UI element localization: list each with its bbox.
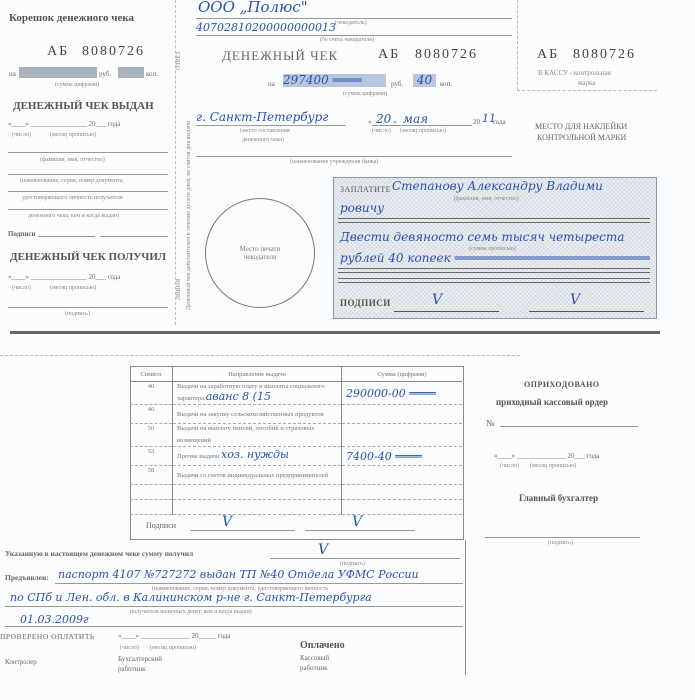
- stub-na-label: на: [9, 70, 16, 78]
- cheque-signature-mark-1: V: [432, 292, 442, 308]
- control-caption-2: марка: [578, 79, 595, 87]
- stub-doc-caption-3: денежного чека, кем и когда выдан): [28, 213, 119, 219]
- amount-rub-field[interactable]: 297400 ════: [283, 74, 386, 87]
- stub-received-signature-line[interactable]: [8, 307, 168, 308]
- payee-name-line-1[interactable]: Степанову Александру Владими: [392, 179, 603, 193]
- account-caption: (№ счета чекодателя): [320, 37, 374, 43]
- table-row: 58Выдачи со счетов индивидуальных предпр…: [130, 466, 462, 485]
- row-code: 53: [130, 447, 173, 466]
- accountant-label-2: работник: [118, 665, 146, 673]
- table-signature-mark-2: V: [352, 514, 362, 530]
- accountant-label-1: Бухгалтерский: [118, 655, 162, 663]
- sum-in-words-line-1[interactable]: Двести девяносто семь тысяч четыреста: [340, 230, 624, 244]
- table-row: [130, 485, 462, 500]
- presented-label: Предъявлен:: [5, 573, 49, 582]
- row-code: [130, 500, 173, 515]
- amount-kop-field[interactable]: 40: [413, 74, 436, 87]
- paid-title: Оплачено: [300, 640, 345, 651]
- table-row: [130, 500, 462, 515]
- table-row: 46Выдачи на закупку сельскохозяйственных…: [130, 405, 462, 424]
- place-of-issue[interactable]: г. Санкт-Петербург: [196, 110, 328, 124]
- stub-signature-line-1[interactable]: [38, 236, 95, 237]
- received-line-label: Указанную в настоящем денежном чеке сумм…: [5, 549, 193, 558]
- stub-number: 8080726: [82, 44, 145, 60]
- credited-title: ОПРИХОДОВАНО: [524, 380, 600, 389]
- stub-received-month-caption: (месяц прописью): [50, 285, 96, 291]
- cash-order-label: приходный кассовый ордер: [496, 397, 608, 407]
- front-back-divider: [10, 331, 660, 334]
- row-purpose[interactable]: Прочие выдачи хоз. нужды: [173, 447, 342, 466]
- row-amount[interactable]: [342, 466, 463, 485]
- stub-title: Корешок денежного чека: [9, 12, 134, 24]
- stub-issued-date[interactable]: «____» ________________ 20___ года: [8, 120, 120, 128]
- payee-box: ЗАПЛАТИТЕ Степанову Александру Владими (…: [333, 177, 657, 319]
- row-amount[interactable]: [342, 424, 463, 447]
- place-caption-2: денежного чека): [242, 137, 284, 143]
- table-row: 53Прочие выдачи хоз. нужды7400-40 ════: [130, 447, 462, 466]
- cheque-signature-line-2[interactable]: [529, 311, 644, 312]
- row-amount[interactable]: 7400-40 ════: [342, 447, 463, 466]
- row-purpose[interactable]: Выдачи со счетов индивидуальных предприн…: [173, 466, 342, 485]
- row-amount[interactable]: [342, 500, 463, 515]
- row-code: 40: [130, 382, 173, 405]
- stub-received-date[interactable]: «____» ________________ 20___ года: [8, 273, 120, 281]
- validity-note: Денежный чек действителен в течение деся…: [186, 121, 192, 310]
- table-signatures-label: Подписи: [146, 521, 176, 530]
- row-code: 50: [130, 424, 173, 447]
- stub-amount-rub-field[interactable]: [19, 67, 97, 78]
- cheque-na-label: на: [268, 80, 275, 88]
- presented-doc-caption-2: получателя наличных денег, кем и когда в…: [130, 609, 252, 615]
- row-code: 58: [130, 466, 173, 485]
- payee-name-line-2[interactable]: ровичу: [340, 201, 384, 215]
- control-caption-1: В КАССУ - контрольная: [538, 69, 611, 77]
- approved-month-caption: (месяц прописью): [150, 645, 196, 651]
- perforation-line: [175, 0, 176, 325]
- received-signature-mark: V: [318, 542, 328, 558]
- table-row: 50Выдачи на выплату пенсий, пособий и ст…: [130, 424, 462, 447]
- control-number: 8080726: [573, 47, 636, 63]
- chief-accountant-signature[interactable]: [485, 537, 640, 538]
- row-note: аванс 8 (15: [206, 390, 271, 403]
- cheque-sum-caption: (сумма цифрами): [343, 91, 387, 97]
- issue-day[interactable]: 20: [376, 112, 391, 126]
- cheque-number: 8080726: [415, 47, 478, 63]
- order-no-label: №: [486, 418, 495, 428]
- pay-label: ЗАПЛАТИТЕ: [340, 185, 391, 194]
- row-code: 46: [130, 405, 173, 424]
- stamp-place-2: КОНТРОЛЬНОЙ МАРКИ: [537, 133, 626, 142]
- stub-signatures-label: Подписи: [8, 230, 36, 238]
- drawer-line: [196, 18, 512, 19]
- stub-doc-caption-2: удостоверяющего личность получателя: [22, 195, 123, 201]
- credited-month-caption: (месяц прописью): [530, 463, 576, 469]
- stub-month-caption: (месяц прописью): [50, 132, 96, 138]
- cheque-kop-label: коп.: [440, 80, 452, 88]
- row-amount[interactable]: 290000-00 ════: [342, 382, 463, 405]
- presented-doc-line-3[interactable]: 01.03.2009г: [20, 613, 89, 626]
- approved-date[interactable]: «____» ______________ 20_____ года: [118, 632, 230, 640]
- controller-label: Контролер: [5, 658, 37, 666]
- credited-date[interactable]: «____» ______________ 20___ года: [494, 452, 599, 460]
- back-right-border: [465, 540, 466, 675]
- stub-doc-line-3[interactable]: [8, 209, 168, 210]
- drawer-account[interactable]: 40702810200000000013: [196, 21, 336, 34]
- perforation-line-label: ЛИНИЯ: [176, 279, 182, 300]
- approved-label: ПРОВЕРЕНО ОПЛАТИТЬ: [0, 632, 95, 641]
- operations-table: Символ Направление выдачи Сумма (цифрами…: [130, 367, 462, 515]
- row-purpose[interactable]: Выдачи на закупку сельскохозяйственных п…: [173, 405, 342, 424]
- presented-doc-line-1[interactable]: паспорт 4107 №727272 выдан ТП №40 Отдела…: [58, 568, 419, 581]
- day-caption: (число): [372, 128, 391, 134]
- cheque-signature-mark-2: V: [570, 292, 580, 308]
- stub-day-caption: (число): [12, 132, 31, 138]
- stub-received-day-caption: (число): [12, 285, 31, 291]
- stamp-place-1: МЕСТО ДЛЯ НАКЛЕЙКИ: [535, 122, 627, 131]
- cheque-title: ДЕНЕЖНЫЙ ЧЕК: [222, 48, 338, 64]
- cheque-series: АБ: [378, 47, 400, 63]
- drawer-name[interactable]: ООО „Полюс": [198, 0, 308, 16]
- cashier-label-1: Кассовый: [300, 654, 329, 662]
- stub-received-heading: ДЕНЕЖНЫЙ ЧЕК ПОЛУЧИЛ: [10, 251, 166, 263]
- row-purpose[interactable]: [173, 500, 342, 515]
- row-amount[interactable]: [342, 485, 463, 500]
- perforation-tear-label: ОТРЕЗ: [176, 52, 182, 70]
- stub-doc-caption-1: (наименование, серия, номер документа,: [20, 178, 124, 184]
- bank-caption: (наименование учреждения банка): [290, 159, 378, 165]
- credited-day-caption: (число): [500, 463, 519, 469]
- stub-sum-caption: (сумма цифрами): [55, 82, 99, 88]
- sum-in-words-line-2[interactable]: рублей 40 копеек ═══════════════════════…: [340, 251, 650, 265]
- row-code: [130, 485, 173, 500]
- stub-amount-kop-field[interactable]: [118, 67, 144, 78]
- payee-caption: (фамилия, имя, отчество): [454, 196, 519, 202]
- cheque-signature-line-1[interactable]: [394, 311, 499, 312]
- chief-accountant-label: Главный бухгалтер: [519, 493, 598, 503]
- row-purpose[interactable]: Выдачи на выплату пенсий, пособий и стра…: [173, 424, 342, 447]
- stub-rub-label: руб.: [99, 70, 111, 78]
- row-purpose[interactable]: Выдачи на заработную плату и выплаты соц…: [173, 382, 342, 405]
- order-number-field[interactable]: [500, 426, 638, 427]
- received-signature-caption: (подпись): [340, 561, 365, 567]
- table-signature-line-1[interactable]: [190, 530, 295, 531]
- header-purpose: Направление выдачи: [173, 367, 342, 382]
- month-caption: (месяц прописью): [400, 128, 446, 134]
- stub-kop-label: коп.: [146, 70, 158, 78]
- bank-line[interactable]: [196, 156, 512, 157]
- issue-month[interactable]: мая: [403, 112, 428, 126]
- presented-doc-line-2[interactable]: по СПб и Лен. обл. в Калининском р-не г.…: [10, 591, 372, 604]
- cheque-rub-label: руб.: [391, 80, 403, 88]
- place-caption-1: (место составления: [240, 128, 290, 134]
- received-signature-line[interactable]: [270, 558, 460, 559]
- stamp-caption: Место печатичекодателя: [225, 245, 295, 261]
- stub-series: АБ: [47, 44, 69, 60]
- cheque-signatures-label: ПОДПИСИ: [340, 298, 391, 308]
- year-suffix: года: [493, 118, 506, 126]
- table-row: 40Выдачи на заработную плату и выплаты с…: [130, 382, 462, 405]
- chief-signature-caption: (подпись): [548, 540, 573, 546]
- date-line: [372, 125, 472, 126]
- back-top-line: [0, 355, 520, 356]
- stub-doc-line-1[interactable]: [8, 174, 168, 175]
- stub-signature-line-2[interactable]: [100, 236, 168, 237]
- header-amount: Сумма (цифрами): [342, 367, 463, 382]
- stub-doc-line-2[interactable]: [8, 191, 168, 192]
- table-signature-line-2[interactable]: [305, 530, 415, 531]
- table-signature-mark-1: V: [222, 514, 232, 530]
- account-line: [196, 35, 512, 36]
- stub-fio-line[interactable]: [8, 152, 168, 153]
- stub-signature-caption: (подпись): [65, 311, 90, 317]
- row-purpose[interactable]: [173, 485, 342, 500]
- approved-day-caption: (число): [120, 645, 139, 651]
- header-code: Символ: [130, 367, 173, 382]
- stub-issued-heading: ДЕНЕЖНЫЙ ЧЕК ВЫДАН: [13, 100, 154, 112]
- place-line: [196, 125, 346, 126]
- stub-fio-caption: (фамилия, имя, отчество): [40, 157, 105, 163]
- row-note: хоз. нужды: [221, 448, 289, 461]
- row-amount[interactable]: [342, 405, 463, 424]
- cashier-label-2: работник: [300, 664, 328, 672]
- control-series: АБ: [537, 47, 559, 63]
- year-prefix: 20: [473, 118, 480, 126]
- drawer-caption: (чекодатель): [335, 20, 367, 26]
